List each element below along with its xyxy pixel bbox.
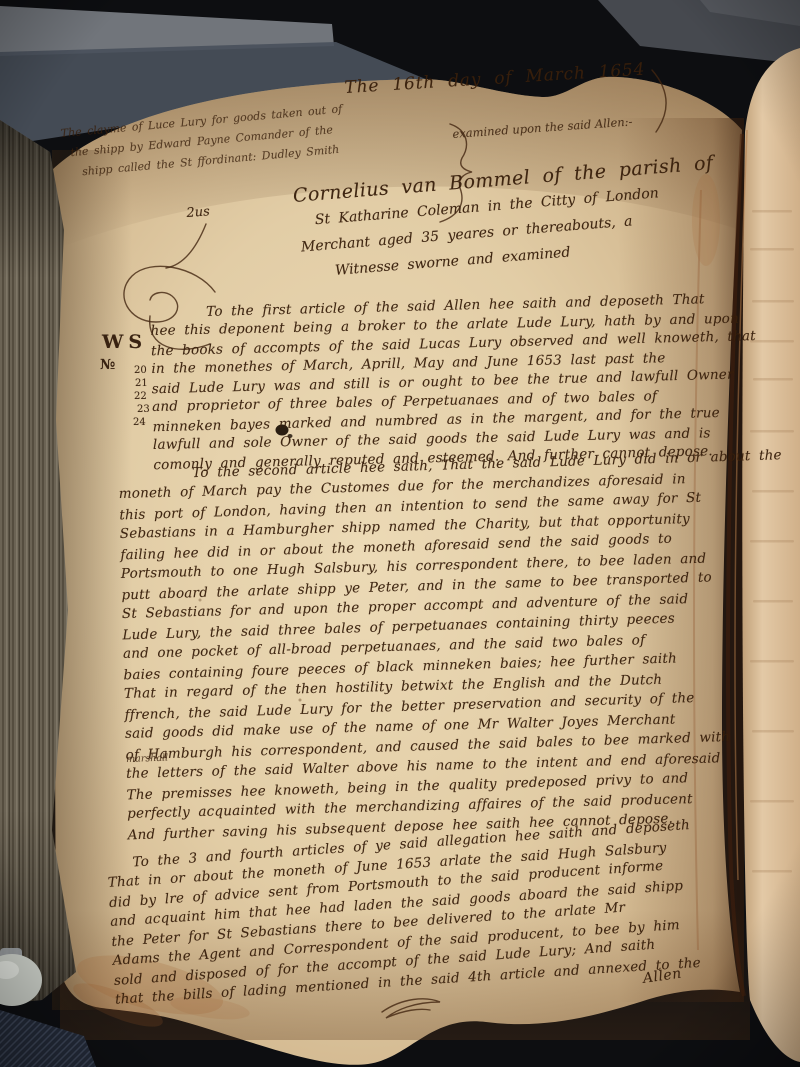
photo-frame: The 16th day of March 1654 The clayme of… [0, 0, 800, 1067]
deponent-block: Cornelius van Bommel of the parish of St… [292, 150, 720, 287]
bale-number: 23 [137, 403, 150, 416]
manuscript-text-layer: The 16th day of March 1654 The clayme of… [0, 0, 800, 1067]
numero-mark: № [100, 357, 115, 373]
bale-number: 21 [135, 377, 150, 390]
folio-marker-2us: 2us [186, 204, 210, 221]
bale-number: 20 [134, 364, 150, 377]
paragraph-third-fourth-articles: To the 3 and fourth articles of ye said … [106, 817, 701, 1010]
witness-initials-ws: WS [102, 331, 147, 353]
bale-number: 24 [133, 416, 150, 429]
bale-numbers: 20 21 22 23 24 [134, 364, 150, 429]
bale-number: 22 [134, 390, 150, 403]
paragraph-second-article: To the second article hee saith, That th… [118, 447, 791, 844]
examined-note: examined upon the said Allen:- [452, 114, 633, 141]
interlinear-insertion: marshall [126, 753, 168, 765]
date-heading: The 16th day of March 1654 [344, 60, 646, 98]
margin-note: The clayme of Luce Lury for goods taken … [60, 99, 347, 183]
paragraph-first-article: To the first article of the said Allen h… [150, 290, 758, 474]
